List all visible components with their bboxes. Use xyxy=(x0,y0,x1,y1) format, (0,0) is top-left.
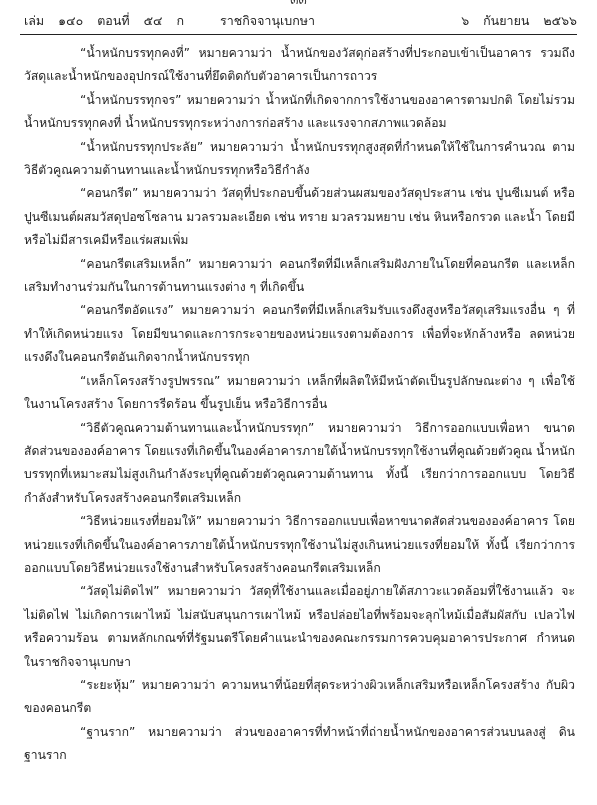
definitions-body: “น้ำหนักบรรทุกคงที่” หมายความว่า น้ำหนัก… xyxy=(24,42,575,768)
definition-term: “น้ำหนักบรรทุกคงที่” xyxy=(80,46,190,60)
date-year: ๒๕๖๖ xyxy=(543,13,577,28)
date-month: กันยายน xyxy=(483,13,529,28)
definition-term: “คอนกรีต” xyxy=(80,186,138,200)
definition-noncombustible-material: “วัสดุไม่ติดไฟ” หมายความว่า วัสดุที่ใช้ง… xyxy=(24,580,575,674)
definition-reinforced-concrete: “คอนกรีตเสริมเหล็ก” หมายความว่า คอนกรีตท… xyxy=(24,253,575,300)
publication-title: ราชกิจจานุเบกษา xyxy=(220,11,315,31)
definition-concrete: “คอนกรีต” หมายความว่า วัสดุที่ประกอบขึ้น… xyxy=(24,182,575,252)
issue-label: ตอนที่ xyxy=(97,13,129,28)
date-day: ๖ xyxy=(461,13,469,28)
definition-prestressed-concrete: “คอนกรีตอัดแรง” หมายความว่า คอนกรีตที่มี… xyxy=(24,299,575,369)
definition-term: “วิธีตัวคูณความต้านทานและน้ำหนักบรรทุก” xyxy=(80,421,314,435)
definition-foundation: “ฐานราก” หมายความว่า ส่วนของอาคารที่ทำหน… xyxy=(24,721,575,768)
definition-term: “น้ำหนักบรรทุกประลัย” xyxy=(80,140,203,154)
definition-term: “น้ำหนักบรรทุกจร” xyxy=(80,93,181,107)
definition-term: “วัสดุไม่ติดไฟ” xyxy=(80,584,160,598)
header-date: ๖ กันยายน ๒๕๖๖ xyxy=(451,11,577,31)
definition-concrete-cover: “ระยะหุ้ม” หมายความว่า ความหนาที่น้อยที่… xyxy=(24,674,575,721)
definition-factored-load: “น้ำหนักบรรทุกประลัย” หมายความว่า น้ำหนั… xyxy=(24,136,575,183)
definition-term: “วิธีหน่วยแรงที่ยอมให้” xyxy=(80,514,202,528)
definition-structural-steel: “เหล็กโครงสร้างรูปพรรณ” หมายความว่า เหล็… xyxy=(24,370,575,417)
definition-term: “เหล็กโครงสร้างรูปพรรณ” xyxy=(80,374,220,388)
definition-term: “ระยะหุ้ม” xyxy=(80,678,135,692)
definition-live-load: “น้ำหนักบรรทุกจร” หมายความว่า น้ำหนักที่… xyxy=(24,89,575,136)
definition-allowable-stress-method: “วิธีหน่วยแรงที่ยอมให้” หมายความว่า วิธี… xyxy=(24,510,575,580)
definition-lrfd-method: “วิธีตัวคูณความต้านทานและน้ำหนักบรรทุก” … xyxy=(24,417,575,511)
volume-number: ๑๔๐ xyxy=(58,13,83,28)
definition-term: “คอนกรีตอัดแรง” xyxy=(80,303,174,317)
definition-term: “ฐานราก” xyxy=(80,725,135,739)
issue-number: ๕๔ xyxy=(144,13,163,28)
section-letter: ก xyxy=(177,13,185,28)
definition-term: “คอนกรีตเสริมเหล็ก” xyxy=(80,257,192,271)
header-divider xyxy=(20,34,577,35)
volume-label: เล่ม xyxy=(24,13,44,28)
definition-dead-load: “น้ำหนักบรรทุกคงที่” หมายความว่า น้ำหนัก… xyxy=(24,42,575,89)
header-issue-info: เล่ม ๑๔๐ ตอนที่ ๕๔ ก xyxy=(24,11,194,31)
page-number: ๓๓ xyxy=(0,0,597,5)
gazette-header: เล่ม ๑๔๐ ตอนที่ ๕๔ ก ราชกิจจานุเบกษา ๖ ก… xyxy=(24,9,577,31)
